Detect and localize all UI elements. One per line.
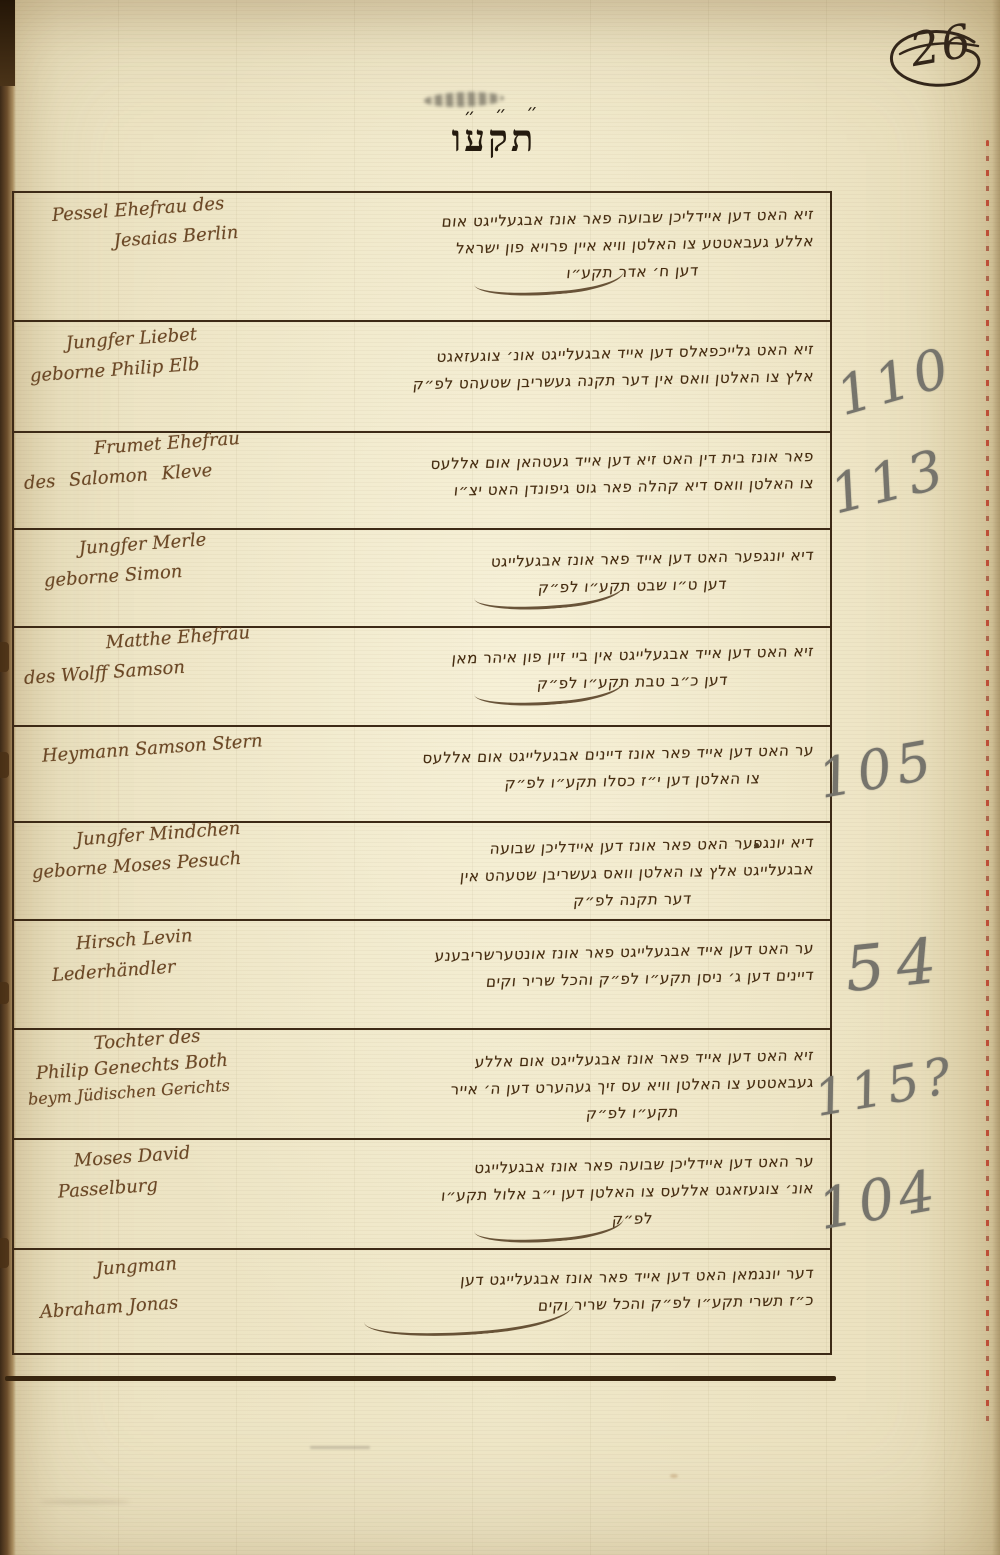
name-column: Jungman Abraham Jonas	[24, 1264, 292, 1333]
heading: ״ ״ ״ תקעו	[0, 103, 1000, 161]
table-row: Frumet Ehefrau des Salomon Kleve פאר אונ…	[14, 433, 830, 530]
stain	[670, 1474, 678, 1478]
name-column: Jungfer Liebet geborne Philip Elb	[24, 336, 292, 396]
name-line: Heymann Samson Stern	[23, 728, 292, 768]
hebrew-column: דיא יונגפער האט דען אייד פאר אונז אבגעלי…	[292, 542, 814, 609]
table-row: Jungfer Liebet geborne Philip Elb זיא הא…	[14, 322, 830, 433]
hebrew-column: זיא האט דען איידליכן שבועה פאר אונז אבגע…	[292, 201, 814, 295]
table-row: Jungman Abraham Jonas דער יונגמאן האט דע…	[14, 1250, 830, 1355]
hebrew-column: זיא האט דען אייד אבגעלייגט אין ביי זיין …	[292, 638, 814, 705]
binding-nub	[0, 1238, 9, 1268]
name-column: Heymann Samson Stern	[24, 747, 292, 777]
name-column: Matthe Ehefrau des Wolff Samson	[24, 638, 292, 698]
manuscript-page: 26 ״ ״ ״ תקעו Pessel Ehefrau des Jesaias…	[0, 0, 1000, 1555]
binding-nub	[0, 982, 9, 1004]
name-column: Jungfer Merle geborne Simon	[24, 542, 292, 602]
name-column: Moses David Passelburg	[24, 1154, 292, 1214]
hebrew-column: זיא האט גלייכפאלס דען אייד אבגעלייגט אונ…	[292, 336, 814, 390]
hebrew-column: ער האט דען אייד אבגעלייגט פאר אונז אונטע…	[292, 935, 814, 989]
table-row: Heymann Samson Stern ער האט דען אייד פאר…	[14, 727, 830, 823]
margin-number: 54	[841, 923, 951, 1006]
hebrew-column: דער יונגמאן האט דען אייד פאר אונז אבגעלי…	[292, 1260, 814, 1335]
binding-nub	[0, 642, 9, 672]
margin-number: 105	[813, 728, 940, 811]
table-row: Jungfer Mindchen geborne Moses Pesuch די…	[14, 823, 830, 921]
hebrew-column: ער האט דען אייד פאר אונז דיינים אבגעלייג…	[292, 737, 814, 791]
margin-number: 110	[830, 335, 961, 428]
table-row: Matthe Ehefrau des Wolff Samson זיא האט …	[14, 628, 830, 727]
name-column: Jungfer Mindchen geborne Moses Pesuch	[24, 833, 292, 893]
margin-number: 115?	[810, 1046, 960, 1128]
table-row: Jungfer Merle geborne Simon דיא יונגפער …	[14, 530, 830, 628]
red-deckle-edge	[986, 140, 989, 1430]
page-number-block: 26	[878, 12, 998, 102]
name-line: Jungman	[23, 1245, 292, 1285]
name-line: Abraham Jonas	[23, 1284, 292, 1324]
table-row: Moses David Passelburg ער האט דען איידלי…	[14, 1140, 830, 1250]
name-column: Tochter des Philip Genechts Both beym Jü…	[24, 1038, 292, 1118]
page-number: 26	[906, 13, 977, 77]
page-right-edge	[992, 0, 1000, 1555]
table-row: Tochter des Philip Genechts Both beym Jü…	[14, 1030, 830, 1140]
heading-inner: ״ ״ ״ תקעו	[452, 103, 537, 161]
stain	[310, 1446, 370, 1449]
stain	[40, 1500, 130, 1504]
margin-number: 113	[824, 437, 954, 527]
hebrew-column: דיא יונגפער האט פאר אונז דען איידליכן שב…	[292, 829, 814, 910]
name-column: Frumet Ehefrau des Salomon Kleve	[24, 443, 292, 503]
binding-edge-top	[0, 0, 15, 86]
stain	[754, 843, 759, 848]
register-table: Pessel Ehefrau des Jesaias Berlin זיא הא…	[12, 191, 832, 1355]
bottom-rule	[5, 1376, 836, 1381]
name-column: Hirsch Levin Lederhändler	[24, 937, 292, 997]
table-row: Hirsch Levin Lederhändler ער האט דען איי…	[14, 921, 830, 1030]
binding-nub	[0, 752, 9, 778]
hebrew-column: ער האט דען איידליכן שבועה פאר אונז אבגעל…	[292, 1148, 814, 1242]
table-row: Pessel Ehefrau des Jesaias Berlin זיא הא…	[14, 193, 830, 322]
hebrew-column: פאר אונז בית דין האט זיא דען אייד געטהאן…	[292, 443, 814, 497]
hebrew-column: זיא האט דען אייד פאר אונז אבגעלייגט אום …	[292, 1042, 814, 1123]
margin-number: 104	[813, 1158, 944, 1243]
name-column: Pessel Ehefrau des Jesaias Berlin	[24, 207, 292, 267]
